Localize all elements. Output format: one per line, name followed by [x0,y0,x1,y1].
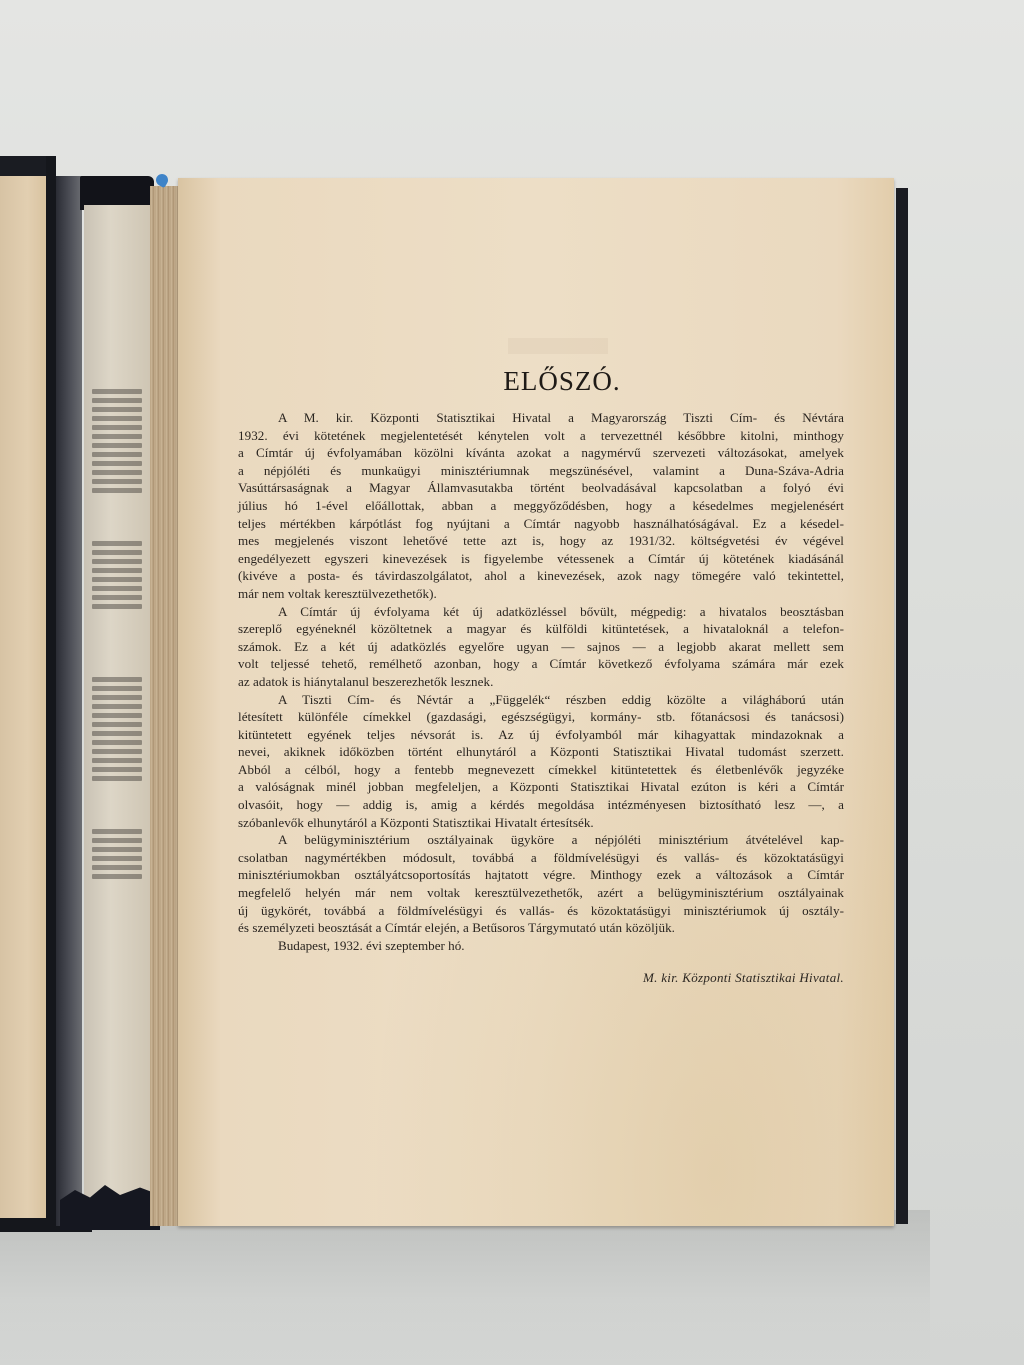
text-line: számok. Ez a két új adatközlés egyelőre … [238,638,844,656]
text-line: megfelelő helyén már nem voltak keresztü… [238,884,844,902]
text-line: volt teljessé tehető, remélhető azonban,… [238,655,844,673]
text-line: a Címtár új évfolyamában közölni kívánta… [238,444,844,462]
left-cover-edge [46,156,56,1226]
text-line: nevei, akiknek időközben történt elhunyt… [238,743,844,761]
text-line: és személyzeti beosztását a Címtár elejé… [238,919,844,937]
text-line: a valóságnak minél jobban megfeleljen, a… [238,778,844,796]
text-line: teljes mértékben kárpótlást fog nyújtani… [238,515,844,533]
text-line: engedélyezett egyszeri kinevezések is fi… [238,550,844,568]
text-line: mes megjelenés viszont lehetővé tette az… [238,532,844,550]
text-line: 1932. évi kötetének megjelentetését kény… [238,427,844,445]
dateline: Budapest, 1932. évi szeptember hó. [238,937,844,955]
text-line: szóbanlevők elhunytáról a Központi Stati… [238,814,844,832]
text-line: szereplő egyéneknél közöltetnek a magyar… [238,620,844,638]
signature: M. kir. Központi Statisztikai Hivatal. [238,970,844,986]
page-content: ELŐSZÓ. A M. kir. Központi Statisztikai … [238,366,844,986]
text-line: olvasóit, hogy — addig is, amig a kérdés… [238,796,844,814]
text-line: Vasúttársaságnak a Magyar Államvasutakba… [238,479,844,497]
page-block-edge [150,186,178,1226]
text-line: július hó 1-ével előállottak, abban a me… [238,497,844,515]
text-line: kitüntetett egyének teljes névsorát is. … [238,726,844,744]
paragraph-2: A Címtár új évfolyama két új adatközléss… [238,603,844,691]
text-line: a népjóléti és munkaügyi minisztériumnak… [238,462,844,480]
text-line: A belügyminisztérium osztályainak ügykör… [238,831,844,849]
text-line: létesített különféle címekkel (gazdasági… [238,708,844,726]
text-line: az adatok is hiánytalanul beszerezhetők … [238,673,844,691]
book-page: ELŐSZÓ. A M. kir. Központi Statisztikai … [178,178,894,1226]
text-line: A M. kir. Központi Statisztikai Hivatal … [238,409,844,427]
spine-lining-newspaper [84,205,150,1205]
right-cover-edge [896,188,908,1224]
paragraph-3: A Tiszti Cím- és Névtár a „Függelék“ rés… [238,691,844,832]
text-line: A Tiszti Cím- és Névtár a „Függelék“ rés… [238,691,844,709]
show-through-text [508,338,608,354]
text-line: (kivéve a posta- és távirdaszolgálatot, … [238,567,844,585]
table-surface-shadow [0,1210,930,1365]
paragraph-4: A belügyminisztérium osztályainak ügykör… [238,831,844,937]
book-gutter [56,176,82,1226]
left-page-edge [0,176,46,1224]
text-line: csolatban nagymértékben módosult, tovább… [238,849,844,867]
page-title: ELŐSZÓ. [280,366,844,397]
text-line: már nem voltak keresztülvezethetők). [238,585,844,603]
text-line: Abból a célból, hogy a fentebb megneveze… [238,761,844,779]
text-line: új ügykörét, továbbá a földmívelésügyi é… [238,902,844,920]
paragraph-1: A M. kir. Központi Statisztikai Hivatal … [238,409,844,603]
left-cover-top [0,156,52,178]
text-line: minisztériumokban osztályátcsoportosítás… [238,866,844,884]
text-line: A Címtár új évfolyama két új adatközléss… [238,603,844,621]
